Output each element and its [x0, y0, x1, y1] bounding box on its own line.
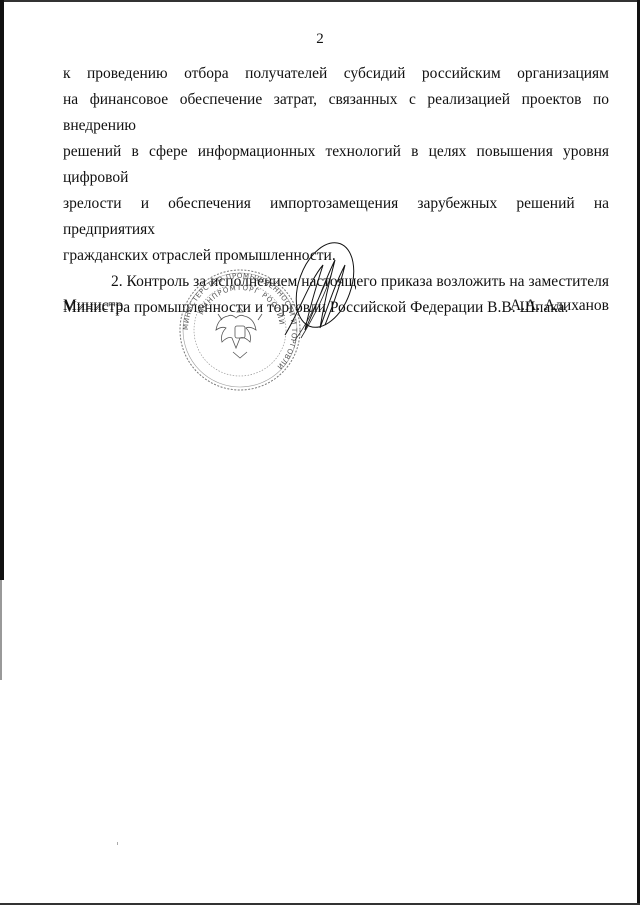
- paragraph-1-line-1: к проведению отбора получателей субсидий…: [63, 61, 609, 87]
- signer-title: Министр: [63, 297, 123, 315]
- paragraph-1-line-3: решений в сфере информационных технологи…: [63, 139, 609, 191]
- document-page: 2 к проведению отбора получателей субсид…: [0, 0, 640, 905]
- paragraph-1-line-2: на финансовое обеспечение затрат, связан…: [63, 87, 609, 139]
- signer-name: А.А. Алиханов: [510, 297, 609, 315]
- paragraph-1-line-4: зрелости и обеспечения импортозамещения …: [63, 191, 609, 243]
- scan-edge-left: [0, 0, 4, 580]
- scan-artifact: [117, 842, 118, 845]
- coat-of-arms-icon: [216, 308, 262, 358]
- scan-edge-top: [0, 0, 640, 2]
- page-number: 2: [0, 31, 640, 48]
- handwritten-signature-icon: [265, 240, 365, 350]
- scan-edge-left-faint: [0, 580, 2, 680]
